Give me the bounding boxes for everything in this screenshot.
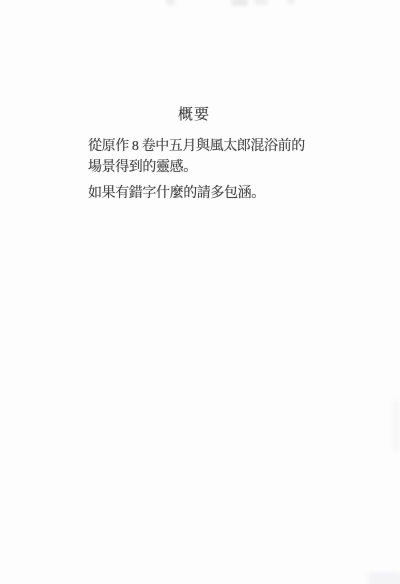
scan-artifact: [368, 572, 400, 584]
scan-artifact: [166, 0, 175, 5]
paragraph-2: 如果有錯字什麼的請多包涵。: [88, 183, 265, 204]
scan-artifact: [254, 0, 268, 5]
scanned-document-page: 概要 從原作 8 卷中五月與風太郎混浴前的 場景得到的靈感。 如果有錯字什麼的請…: [0, 0, 400, 584]
text-line: 場景得到的靈感。: [88, 157, 305, 178]
scan-artifact: [231, 0, 248, 6]
page-title: 概要: [88, 106, 300, 124]
scan-artifact: [287, 0, 295, 4]
scan-artifact: [392, 400, 400, 452]
paragraph-1: 從原作 8 卷中五月與風太郎混浴前的 場景得到的靈感。: [88, 136, 305, 178]
text-line: 從原作 8 卷中五月與風太郎混浴前的: [88, 136, 305, 157]
text-line: 如果有錯字什麼的請多包涵。: [88, 183, 265, 204]
